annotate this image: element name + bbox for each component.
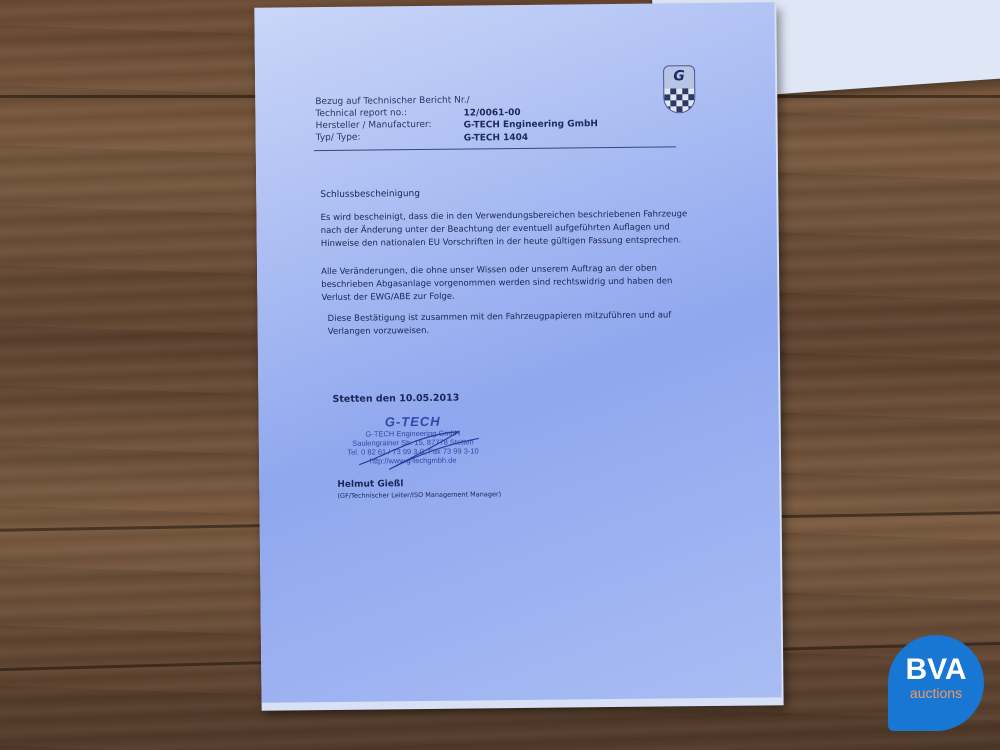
- paragraph-3: Diese Bestätigung ist zusammen mit den F…: [328, 309, 698, 339]
- type-value: G-TECH 1404: [464, 133, 529, 144]
- signer-name: Helmut Gießl: [337, 479, 403, 490]
- type-label: Typ/ Type:: [316, 133, 361, 143]
- paragraph-1: Es wird bescheinigt, dass die in den Ver…: [321, 208, 691, 251]
- manufacturer-value: G-TECH Engineering GmbH: [464, 119, 598, 130]
- document-title: Schlussbescheinigung: [320, 189, 420, 200]
- certificate-document: G Bezug auf Technischer Bericht Nr./ Tec…: [254, 2, 781, 702]
- place-date: Stetten den 10.05.2013: [332, 393, 459, 405]
- reference-label: Bezug auf Technischer Bericht Nr./: [315, 95, 469, 107]
- g-tech-shield-icon: G: [663, 65, 696, 113]
- report-label: Technical report no.:: [315, 108, 407, 119]
- signature-icon: [349, 423, 490, 474]
- paragraph-2: Alle Veränderungen, die ohne unser Wisse…: [321, 262, 691, 305]
- report-value: 12/0061-00: [463, 108, 520, 119]
- manufacturer-label: Hersteller / Manufacturer:: [316, 120, 432, 131]
- bva-auctions-logo: BVA auctions: [888, 635, 984, 731]
- header-divider: [314, 146, 676, 151]
- signer-role: (GF/Technischer Leiter/ISO Management Ma…: [337, 490, 501, 500]
